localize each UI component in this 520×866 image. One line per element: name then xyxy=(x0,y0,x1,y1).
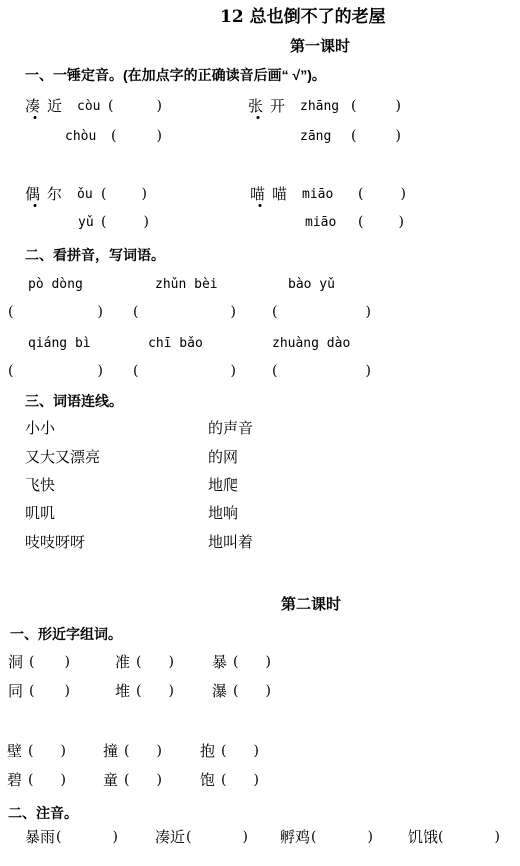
target-word-zhangkai: 张开 xyxy=(248,96,292,116)
paren-open: ( xyxy=(136,653,141,672)
paren-close: ) xyxy=(157,771,162,790)
paren-close: ) xyxy=(396,97,401,116)
target-word-miaomiao: 喵喵 xyxy=(250,184,294,204)
paren-open: ( xyxy=(186,828,191,847)
paren-open: ( xyxy=(272,362,277,381)
answer-blank: () xyxy=(272,362,371,381)
match-right-item: 地响 xyxy=(208,503,238,523)
base-char: 堆 xyxy=(115,681,130,701)
answer-blank: () xyxy=(124,742,162,761)
match-right-item: 的声音 xyxy=(208,418,253,438)
answer-blank: () xyxy=(221,742,259,761)
paren-close: ) xyxy=(98,303,103,322)
paren-close: ) xyxy=(157,97,162,116)
answer-blank: () xyxy=(221,771,259,790)
answer-blank: () xyxy=(438,828,500,847)
pinyin-option: chòu xyxy=(65,128,96,146)
answer-blank: () xyxy=(133,303,236,322)
answer-blank: () xyxy=(358,213,404,232)
paren-close: ) xyxy=(243,828,248,847)
match-right-item: 地叫着 xyxy=(208,532,253,552)
pinyin-word: bào yǔ xyxy=(288,276,335,294)
paren-open: ( xyxy=(101,185,106,204)
pinyin-option: zāng xyxy=(300,128,331,146)
lesson1-heading: 第一课时 xyxy=(290,36,350,56)
answer-blank: () xyxy=(136,653,174,672)
pinyin-option: miāo xyxy=(305,214,336,232)
l1-ex3-heading: 三、词语连线。 xyxy=(25,391,123,411)
base-char: 饱 xyxy=(200,770,215,790)
paren-open: ( xyxy=(29,653,34,672)
target-word-ouer: 偶尔 xyxy=(25,184,69,204)
paren-close: ) xyxy=(495,828,500,847)
dotted-char: 张 xyxy=(248,96,270,116)
match-left-item: 叽叽 xyxy=(25,503,55,523)
paren-close: ) xyxy=(98,362,103,381)
answer-blank: () xyxy=(233,653,271,672)
pinyin-word: qiáng bì xyxy=(28,335,91,353)
paren-open: ( xyxy=(358,185,363,204)
answer-blank: () xyxy=(311,828,373,847)
paren-close: ) xyxy=(169,653,174,672)
target-word-coujin: 凑近 xyxy=(25,96,69,116)
answer-blank: () xyxy=(8,362,103,381)
paren-close: ) xyxy=(366,303,371,322)
paren-close: ) xyxy=(142,185,147,204)
paren-close: ) xyxy=(169,682,174,701)
base-char: 准 xyxy=(115,652,130,672)
paren-open: ( xyxy=(108,97,113,116)
paren-open: ( xyxy=(8,362,13,381)
pinyin-option: ǒu xyxy=(77,186,93,204)
answer-blank: () xyxy=(56,828,118,847)
answer-blank: () xyxy=(29,653,70,672)
paren-open: ( xyxy=(133,303,138,322)
answer-blank: () xyxy=(29,682,70,701)
dotted-char: 偶 xyxy=(25,184,47,204)
dotted-char: 喵 xyxy=(250,184,272,204)
paren-close: ) xyxy=(231,362,236,381)
paren-close: ) xyxy=(396,127,401,146)
paren-close: ) xyxy=(65,682,70,701)
l1-ex1-heading: 一、一锤定音。(在加点字的正确读音后画“ √”)。 xyxy=(25,65,326,85)
paren-open: ( xyxy=(111,127,116,146)
paren-close: ) xyxy=(65,653,70,672)
answer-blank: () xyxy=(101,213,149,232)
word-rest: 近 xyxy=(47,97,69,115)
paren-open: ( xyxy=(56,828,61,847)
paren-open: ( xyxy=(233,653,238,672)
paren-open: ( xyxy=(133,362,138,381)
pinyin-word: zhuàng dào xyxy=(272,335,350,353)
paren-close: ) xyxy=(266,682,271,701)
paren-close: ) xyxy=(157,742,162,761)
word-rest: 喵 xyxy=(272,185,294,203)
answer-blank: () xyxy=(136,682,174,701)
l1-ex2-heading: 二、看拼音，写词语。 xyxy=(25,245,165,265)
base-char: 瀑 xyxy=(212,681,227,701)
zhuyin-word: 孵鸡 xyxy=(280,827,310,847)
paren-close: ) xyxy=(399,213,404,232)
paren-close: ) xyxy=(144,213,149,232)
pinyin-option: miāo xyxy=(302,186,333,204)
answer-blank: () xyxy=(351,97,401,116)
zhuyin-word: 凑近 xyxy=(155,827,185,847)
paren-open: ( xyxy=(311,828,316,847)
paren-open: ( xyxy=(124,771,129,790)
base-char: 洞 xyxy=(8,652,23,672)
paren-open: ( xyxy=(8,303,13,322)
answer-blank: () xyxy=(101,185,147,204)
worksheet-page: 12 总也倒不了的老屋 第一课时 一、一锤定音。(在加点字的正确读音后画“ √”… xyxy=(0,0,520,866)
pinyin-word: zhǔn bèi xyxy=(155,276,218,294)
paren-close: ) xyxy=(401,185,406,204)
paren-open: ( xyxy=(272,303,277,322)
answer-blank: () xyxy=(133,362,236,381)
dotted-char: 凑 xyxy=(25,96,47,116)
base-char: 撞 xyxy=(103,741,118,761)
match-right-item: 的网 xyxy=(208,447,238,467)
paren-open: ( xyxy=(358,213,363,232)
pinyin-word: pò dòng xyxy=(28,276,83,294)
answer-blank: () xyxy=(272,303,371,322)
match-right-item: 地爬 xyxy=(208,475,238,495)
paren-close: ) xyxy=(366,362,371,381)
paren-close: ) xyxy=(113,828,118,847)
paren-open: ( xyxy=(221,771,226,790)
paren-close: ) xyxy=(254,742,259,761)
answer-blank: () xyxy=(28,742,66,761)
base-char: 暴 xyxy=(212,652,227,672)
paren-open: ( xyxy=(351,127,356,146)
word-rest: 尔 xyxy=(47,185,69,203)
l2-ex2-heading: 二、注音。 xyxy=(8,803,78,823)
answer-blank: () xyxy=(351,127,401,146)
match-left-item: 飞快 xyxy=(25,475,55,495)
paren-open: ( xyxy=(233,682,238,701)
answer-blank: () xyxy=(8,303,103,322)
word-rest: 开 xyxy=(270,97,292,115)
paren-close: ) xyxy=(231,303,236,322)
pinyin-option: còu xyxy=(77,98,100,116)
base-char: 碧 xyxy=(7,770,22,790)
paren-open: ( xyxy=(221,742,226,761)
answer-blank: () xyxy=(111,127,162,146)
paren-open: ( xyxy=(28,771,33,790)
lesson2-heading: 第二课时 xyxy=(281,594,341,614)
match-left-item: 小小 xyxy=(25,418,55,438)
match-left-item: 吱吱呀呀 xyxy=(25,532,85,552)
base-char: 童 xyxy=(103,770,118,790)
zhuyin-word: 饥饿 xyxy=(408,827,438,847)
base-char: 抱 xyxy=(200,741,215,761)
paren-open: ( xyxy=(28,742,33,761)
answer-blank: () xyxy=(124,771,162,790)
answer-blank: () xyxy=(233,682,271,701)
paren-open: ( xyxy=(136,682,141,701)
paren-close: ) xyxy=(266,653,271,672)
base-char: 壁 xyxy=(7,741,22,761)
answer-blank: () xyxy=(358,185,406,204)
paren-close: ) xyxy=(61,771,66,790)
answer-blank: () xyxy=(28,771,66,790)
l2-ex1-heading: 一、形近字组词。 xyxy=(10,624,122,644)
paren-close: ) xyxy=(157,127,162,146)
answer-blank: () xyxy=(186,828,248,847)
paren-close: ) xyxy=(368,828,373,847)
paren-close: ) xyxy=(61,742,66,761)
base-char: 同 xyxy=(8,681,23,701)
paren-open: ( xyxy=(101,213,106,232)
pinyin-word: chī bǎo xyxy=(148,335,203,353)
page-title: 12 总也倒不了的老屋 xyxy=(220,6,386,28)
answer-blank: () xyxy=(108,97,162,116)
paren-open: ( xyxy=(124,742,129,761)
paren-open: ( xyxy=(29,682,34,701)
match-left-item: 又大又漂亮 xyxy=(25,447,100,467)
pinyin-option: zhāng xyxy=(300,98,339,116)
zhuyin-word: 暴雨 xyxy=(25,827,55,847)
paren-close: ) xyxy=(254,771,259,790)
paren-open: ( xyxy=(438,828,443,847)
pinyin-option: yǔ xyxy=(78,214,94,232)
paren-open: ( xyxy=(351,97,356,116)
